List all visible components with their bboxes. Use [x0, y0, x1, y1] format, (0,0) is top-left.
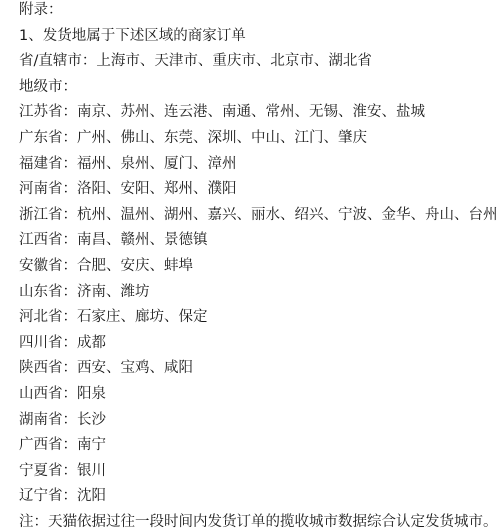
- province-label: 广东省：: [19, 130, 77, 146]
- province-label: 湖南省：: [19, 412, 77, 428]
- footnote: 注：天猫依据过往一段时间内发货订单的揽收城市数据综合认定发货城市。: [19, 510, 500, 528]
- province-cities: 福州、泉州、厦门、漳州: [77, 156, 237, 172]
- province-cities: 南昌、赣州、景德镇: [77, 232, 208, 248]
- province-line-jiangsu: 江苏省：南京、苏州、连云港、南通、常州、无锡、淮安、盐城: [19, 100, 500, 126]
- province-cities: 长沙: [77, 412, 106, 428]
- province-line-fujian: 福建省：福州、泉州、厦门、漳州: [19, 152, 500, 178]
- province-line-hebei: 河北省：石家庄、廊坊、保定: [19, 305, 500, 331]
- province-label: 江苏省：: [19, 104, 77, 120]
- province-label: 浙江省：: [19, 207, 77, 223]
- province-cities: 南宁: [77, 437, 106, 453]
- province-cities: 银川: [77, 463, 106, 479]
- province-label: 山东省：: [19, 284, 77, 300]
- province-label: 福建省：: [19, 156, 77, 172]
- prefecture-heading: 地级市：: [19, 75, 500, 101]
- province-line-hunan: 湖南省：长沙: [19, 408, 500, 434]
- province-label: 安徽省：: [19, 258, 77, 274]
- province-cities: 洛阳、安阳、郑州、濮阳: [77, 181, 237, 197]
- province-line-shandong: 山东省：济南、潍坊: [19, 280, 500, 306]
- province-line-shanxi: 山西省：阳泉: [19, 382, 500, 408]
- province-cities: 合肥、安庆、蚌埠: [77, 258, 193, 274]
- municipalities-line: 省/直辖市：上海市、天津市、重庆市、北京市、湖北省: [19, 49, 500, 75]
- province-label: 河南省：: [19, 181, 77, 197]
- province-line-liaoning: 辽宁省：沈阳: [19, 484, 500, 510]
- province-cities: 沈阳: [77, 488, 106, 504]
- province-label: 江西省：: [19, 232, 77, 248]
- municipalities-value: 上海市、天津市、重庆市、北京市、湖北省: [96, 53, 372, 69]
- province-label: 广西省：: [19, 437, 77, 453]
- province-line-shaanxi: 陕西省：西安、宝鸡、咸阳: [19, 356, 500, 382]
- province-label: 山西省：: [19, 386, 77, 402]
- municipalities-label: 省/直辖市：: [19, 53, 96, 69]
- section-heading: 1、发货地属于下述区域的商家订单: [19, 24, 500, 50]
- province-cities: 南京、苏州、连云港、南通、常州、无锡、淮安、盐城: [77, 104, 425, 120]
- province-label: 陕西省：: [19, 360, 77, 376]
- province-line-sichuan: 四川省：成都: [19, 331, 500, 357]
- province-line-guangdong: 广东省：广州、佛山、东莞、深圳、中山、江门、肇庆: [19, 126, 500, 152]
- province-cities: 阳泉: [77, 386, 106, 402]
- province-cities: 成都: [77, 335, 106, 351]
- appendix-document: 附录： 1、发货地属于下述区域的商家订单 省/直辖市：上海市、天津市、重庆市、北…: [19, 0, 500, 528]
- province-line-ningxia: 宁夏省：银川: [19, 459, 500, 485]
- province-label: 四川省：: [19, 335, 77, 351]
- province-line-guangxi: 广西省：南宁: [19, 433, 500, 459]
- province-cities: 杭州、温州、湖州、嘉兴、丽水、绍兴、宁波、金华、舟山、台州: [77, 207, 498, 223]
- province-line-jiangxi: 江西省：南昌、赣州、景德镇: [19, 228, 500, 254]
- province-cities: 广州、佛山、东莞、深圳、中山、江门、肇庆: [77, 130, 367, 146]
- province-cities: 石家庄、廊坊、保定: [77, 309, 208, 325]
- province-label: 宁夏省：: [19, 463, 77, 479]
- province-line-zhejiang: 浙江省：杭州、温州、湖州、嘉兴、丽水、绍兴、宁波、金华、舟山、台州: [19, 203, 500, 229]
- province-label: 河北省：: [19, 309, 77, 325]
- province-cities: 济南、潍坊: [77, 284, 150, 300]
- province-cities: 西安、宝鸡、咸阳: [77, 360, 193, 376]
- province-line-henan: 河南省：洛阳、安阳、郑州、濮阳: [19, 177, 500, 203]
- province-line-anhui: 安徽省：合肥、安庆、蚌埠: [19, 254, 500, 280]
- province-label: 辽宁省：: [19, 488, 77, 504]
- appendix-title: 附录：: [19, 0, 500, 24]
